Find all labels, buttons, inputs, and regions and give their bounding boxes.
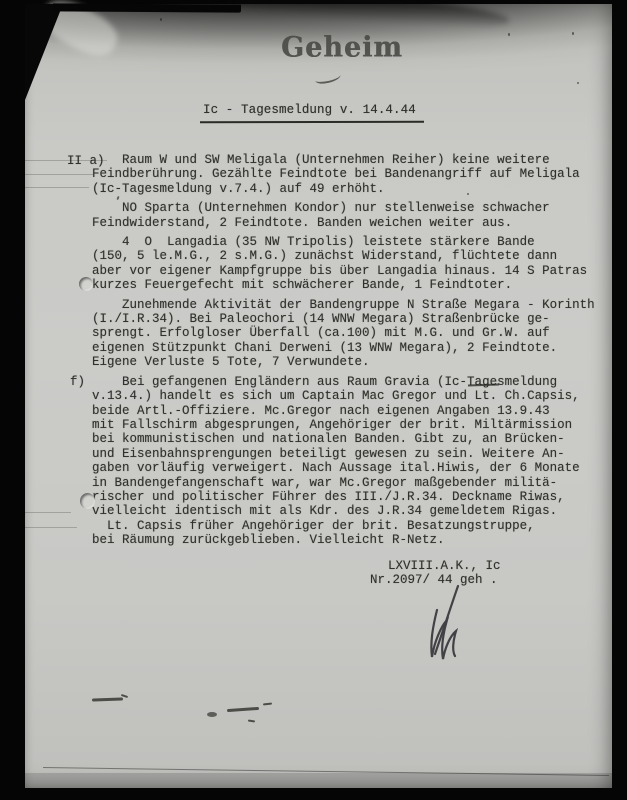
section-marker-f: f) xyxy=(70,375,85,389)
report-body: Raum W und SW Meligala (Unternehmen Reih… xyxy=(92,153,604,553)
report-title: Ic - Tagesmeldung v. 14.4.44 xyxy=(203,103,416,117)
dust-speck xyxy=(467,193,469,195)
scratch-line xyxy=(25,527,77,528)
ink-smudge xyxy=(263,703,272,706)
fold-shadow xyxy=(229,0,510,36)
punch-hole-bottom xyxy=(80,493,95,509)
signature-handwriting xyxy=(418,584,476,674)
scratch-line xyxy=(25,187,89,188)
scratch-line xyxy=(25,512,71,513)
dust-speck xyxy=(508,33,510,36)
geheim-stamp: Geheim xyxy=(281,31,403,63)
paper-sheet: Geheim Ic - Tagesmeldung v. 14.4.44 II a… xyxy=(25,4,612,788)
corner-shadow xyxy=(25,4,63,100)
top-edge-bar xyxy=(53,3,241,12)
dust-speck xyxy=(160,18,162,21)
dust-speck xyxy=(572,32,574,35)
scratch-line xyxy=(25,160,107,161)
under-sheet xyxy=(25,773,612,788)
paragraph-sparta: NO Sparta (Unternehmen Kondor) nur stell… xyxy=(92,201,604,230)
ink-smudge xyxy=(248,720,255,723)
paragraph-langadia: 4 O Langadia (35 NW Tripolis) leistete s… xyxy=(92,235,604,293)
scanned-page: Geheim Ic - Tagesmeldung v. 14.4.44 II a… xyxy=(0,0,627,800)
ink-smudge xyxy=(207,712,217,717)
punch-hole-top xyxy=(79,277,93,291)
scratch-line xyxy=(25,174,93,175)
pen-squiggle xyxy=(314,70,341,85)
ink-smudge xyxy=(227,707,259,712)
paragraph-meligala: Raum W und SW Meligala (Unternehmen Reih… xyxy=(92,153,604,196)
ink-smudge xyxy=(92,697,123,701)
dust-speck xyxy=(577,82,579,84)
paragraph-megara: Zunehmende Aktivität der Bandengruppe N … xyxy=(92,298,604,370)
footer-unit: LXVIII.A.K., Ic xyxy=(388,559,501,573)
paragraph-prisoners: Bei gefangenen Engländern aus Raum Gravi… xyxy=(92,375,604,548)
title-underline xyxy=(200,121,424,124)
